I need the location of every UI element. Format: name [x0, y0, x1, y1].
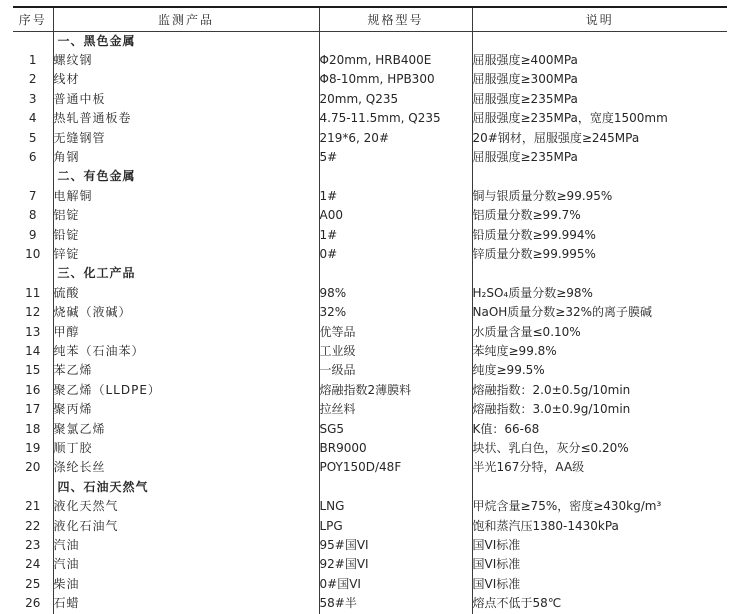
- desc-value: 熔点不低于58℃: [472, 594, 727, 613]
- desc-value: 国VI标准: [472, 555, 727, 574]
- spec-value: 32%: [319, 303, 472, 322]
- spec-value: 58#半: [319, 594, 472, 613]
- product-name: 聚乙烯（LLDPE）: [53, 381, 319, 400]
- table-row: 23 汽油 95#国VI 国VI标准: [13, 536, 727, 555]
- spec-value: 92#国VI: [319, 555, 472, 574]
- desc-value: 铅质量分数≥99.994%: [472, 226, 727, 245]
- product-name: 烧碱（液碱）: [53, 303, 319, 322]
- table-row: 14 纯苯（石油苯） 工业级 苯纯度≥99.8%: [13, 342, 727, 361]
- desc-value: 块状、乳白色，灰分≤0.20%: [472, 439, 727, 458]
- spec-value: A00: [319, 206, 472, 225]
- product-name: 聚氯乙烯: [53, 420, 319, 439]
- spec-value: 熔融指数2薄膜料: [319, 381, 472, 400]
- header-col-desc: 说明: [472, 7, 727, 31]
- spec-value: 98%: [319, 284, 472, 303]
- row-number: 16: [13, 381, 53, 400]
- spec-value: 20mm, Q235: [319, 90, 472, 109]
- table-row: 3 普通中板 20mm, Q235 屈服强度≥235MPa: [13, 90, 727, 109]
- row-number: 26: [13, 594, 53, 613]
- product-name: 涤纶长丝: [53, 458, 319, 477]
- spec-value: Φ20mm, HRB400E: [319, 51, 472, 70]
- spec-value: POY150D/48F: [319, 458, 472, 477]
- product-name: 柴油: [53, 575, 319, 594]
- desc-value: H₂SO₄质量分数≥98%: [472, 284, 727, 303]
- desc-value: 饱和蒸汽压1380-1430kPa: [472, 517, 727, 536]
- product-name: 苯乙烯: [53, 361, 319, 380]
- spec-value: SG5: [319, 420, 472, 439]
- table-row: 2 线材 Φ8-10mm, HPB300 屈服强度≥300MPa: [13, 70, 727, 89]
- desc-value: [472, 167, 727, 186]
- desc-value: 苯纯度≥99.8%: [472, 342, 727, 361]
- product-name: 铝锭: [53, 206, 319, 225]
- desc-value: 屈服强度≥300MPa: [472, 70, 727, 89]
- product-name: 硫酸: [53, 284, 319, 303]
- spec-value: [319, 167, 472, 186]
- row-number: [13, 31, 53, 51]
- row-number: 7: [13, 187, 53, 206]
- table-row: 9 铅锭 1# 铅质量分数≥99.994%: [13, 226, 727, 245]
- table-row: 26 石蜡 58#半 熔点不低于58℃: [13, 594, 727, 613]
- spec-value: 1#: [319, 226, 472, 245]
- spec-value: 0#: [319, 245, 472, 264]
- row-number: 17: [13, 400, 53, 419]
- product-name: 汽油: [53, 536, 319, 555]
- table-row: 25 柴油 0#国VI 国VI标准: [13, 575, 727, 594]
- product-name: 二、有色金属: [53, 167, 319, 186]
- row-number: 4: [13, 109, 53, 128]
- row-number: 18: [13, 420, 53, 439]
- section-header-row: 四、石油天然气: [13, 478, 727, 497]
- table-row: 6 角钢 5# 屈服强度≥235MPa: [13, 148, 727, 167]
- row-number: 19: [13, 439, 53, 458]
- spec-value: [319, 264, 472, 283]
- product-name: 铅锭: [53, 226, 319, 245]
- spec-value: LNG: [319, 497, 472, 516]
- table-header: 序号 监测产品 规格型号 说明: [13, 7, 727, 31]
- product-name: 电解铜: [53, 187, 319, 206]
- table-row: 11 硫酸 98% H₂SO₄质量分数≥98%: [13, 284, 727, 303]
- row-number: 6: [13, 148, 53, 167]
- table-row: 15 苯乙烯 一级品 纯度≥99.5%: [13, 361, 727, 380]
- row-number: 23: [13, 536, 53, 555]
- row-number: 10: [13, 245, 53, 264]
- table-body: 一、黑色金属 1 螺纹钢 Φ20mm, HRB400E 屈服强度≥400MPa …: [13, 31, 727, 614]
- desc-value: [472, 478, 727, 497]
- desc-value: 水质量含量≤0.10%: [472, 323, 727, 342]
- product-name: 线材: [53, 70, 319, 89]
- row-number: 8: [13, 206, 53, 225]
- row-number: 25: [13, 575, 53, 594]
- row-number: 22: [13, 517, 53, 536]
- table-row: 17 聚丙烯 拉丝料 熔融指数：3.0±0.9g/10min: [13, 400, 727, 419]
- row-number: 15: [13, 361, 53, 380]
- desc-value: 屈服强度≥400MPa: [472, 51, 727, 70]
- desc-value: 纯度≥99.5%: [472, 361, 727, 380]
- spec-value: 5#: [319, 148, 472, 167]
- row-number: [13, 167, 53, 186]
- document-page: 序号 监测产品 规格型号 说明 一、黑色金属 1 螺纹钢 Φ20mm, HRB4…: [0, 0, 740, 614]
- table-row: 10 锌锭 0# 锌质量分数≥99.995%: [13, 245, 727, 264]
- header-col-product: 监测产品: [53, 7, 319, 31]
- product-name: 液化天然气: [53, 497, 319, 516]
- product-name: 锌锭: [53, 245, 319, 264]
- row-number: 3: [13, 90, 53, 109]
- row-number: 13: [13, 323, 53, 342]
- desc-value: [472, 264, 727, 283]
- spec-value: 4.75-11.5mm, Q235: [319, 109, 472, 128]
- row-number: 1: [13, 51, 53, 70]
- row-number: 24: [13, 555, 53, 574]
- header-row: 序号 监测产品 规格型号 说明: [13, 7, 727, 31]
- table-row: 1 螺纹钢 Φ20mm, HRB400E 屈服强度≥400MPa: [13, 51, 727, 70]
- table-row: 13 甲醇 优等品 水质量含量≤0.10%: [13, 323, 727, 342]
- table-row: 16 聚乙烯（LLDPE） 熔融指数2薄膜料 熔融指数：2.0±0.5g/10m…: [13, 381, 727, 400]
- product-name: 螺纹钢: [53, 51, 319, 70]
- product-name: 三、化工产品: [53, 264, 319, 283]
- spec-value: 95#国VI: [319, 536, 472, 555]
- table-row: 18 聚氯乙烯 SG5 K值：66-68: [13, 420, 727, 439]
- row-number: 5: [13, 129, 53, 148]
- desc-value: NaOH质量分数≥32%的离子膜碱: [472, 303, 727, 322]
- spec-value: 0#国VI: [319, 575, 472, 594]
- product-name: 石蜡: [53, 594, 319, 613]
- section-header-row: 一、黑色金属: [13, 31, 727, 51]
- product-name: 汽油: [53, 555, 319, 574]
- table-row: 5 无缝钢管 219*6, 20# 20#钢材，屈服强度≥245MPa: [13, 129, 727, 148]
- table-row: 20 涤纶长丝 POY150D/48F 半光167分特，AA级: [13, 458, 727, 477]
- desc-value: 锌质量分数≥99.995%: [472, 245, 727, 264]
- spec-value: 拉丝料: [319, 400, 472, 419]
- spec-value: 优等品: [319, 323, 472, 342]
- desc-value: [472, 31, 727, 51]
- product-name: 聚丙烯: [53, 400, 319, 419]
- spec-value: 1#: [319, 187, 472, 206]
- row-number: [13, 478, 53, 497]
- row-number: 9: [13, 226, 53, 245]
- table-row: 22 液化石油气 LPG 饱和蒸汽压1380-1430kPa: [13, 517, 727, 536]
- product-name: 纯苯（石油苯）: [53, 342, 319, 361]
- spec-value: [319, 31, 472, 51]
- desc-value: 屈服强度≥235MPa，宽度1500mm: [472, 109, 727, 128]
- product-name: 甲醇: [53, 323, 319, 342]
- desc-value: 屈服强度≥235MPa: [472, 148, 727, 167]
- desc-value: 20#钢材，屈服强度≥245MPa: [472, 129, 727, 148]
- row-number: 11: [13, 284, 53, 303]
- spec-value: 工业级: [319, 342, 472, 361]
- section-header-row: 二、有色金属: [13, 167, 727, 186]
- desc-value: 国VI标准: [472, 536, 727, 555]
- header-col-no: 序号: [13, 7, 53, 31]
- row-number: 14: [13, 342, 53, 361]
- desc-value: K值：66-68: [472, 420, 727, 439]
- desc-value: 熔融指数：2.0±0.5g/10min: [472, 381, 727, 400]
- monitored-products-table: 序号 监测产品 规格型号 说明 一、黑色金属 1 螺纹钢 Φ20mm, HRB4…: [13, 6, 727, 614]
- desc-value: 屈服强度≥235MPa: [472, 90, 727, 109]
- spec-value: [319, 478, 472, 497]
- row-number: 21: [13, 497, 53, 516]
- table-row: 4 热轧普通板卷 4.75-11.5mm, Q235 屈服强度≥235MPa，宽…: [13, 109, 727, 128]
- spec-value: LPG: [319, 517, 472, 536]
- spec-value: 一级品: [319, 361, 472, 380]
- product-name: 顺丁胶: [53, 439, 319, 458]
- header-col-spec: 规格型号: [319, 7, 472, 31]
- row-number: 20: [13, 458, 53, 477]
- product-name: 普通中板: [53, 90, 319, 109]
- spec-value: Φ8-10mm, HPB300: [319, 70, 472, 89]
- row-number: 12: [13, 303, 53, 322]
- table-row: 19 顺丁胶 BR9000 块状、乳白色，灰分≤0.20%: [13, 439, 727, 458]
- row-number: 2: [13, 70, 53, 89]
- desc-value: 国VI标准: [472, 575, 727, 594]
- spec-value: BR9000: [319, 439, 472, 458]
- product-name: 一、黑色金属: [53, 31, 319, 51]
- table-row: 24 汽油 92#国VI 国VI标准: [13, 555, 727, 574]
- product-name: 角钢: [53, 148, 319, 167]
- table-row: 12 烧碱（液碱） 32% NaOH质量分数≥32%的离子膜碱: [13, 303, 727, 322]
- table-row: 21 液化天然气 LNG 甲烷含量≥75%，密度≥430kg/m³: [13, 497, 727, 516]
- desc-value: 铜与银质量分数≥99.95%: [472, 187, 727, 206]
- section-header-row: 三、化工产品: [13, 264, 727, 283]
- desc-value: 熔融指数：3.0±0.9g/10min: [472, 400, 727, 419]
- table-row: 7 电解铜 1# 铜与银质量分数≥99.95%: [13, 187, 727, 206]
- product-name: 液化石油气: [53, 517, 319, 536]
- product-name: 无缝钢管: [53, 129, 319, 148]
- desc-value: 铝质量分数≥99.7%: [472, 206, 727, 225]
- product-name: 热轧普通板卷: [53, 109, 319, 128]
- desc-value: 半光167分特，AA级: [472, 458, 727, 477]
- desc-value: 甲烷含量≥75%，密度≥430kg/m³: [472, 497, 727, 516]
- spec-value: 219*6, 20#: [319, 129, 472, 148]
- row-number: [13, 264, 53, 283]
- table-row: 8 铝锭 A00 铝质量分数≥99.7%: [13, 206, 727, 225]
- product-name: 四、石油天然气: [53, 478, 319, 497]
